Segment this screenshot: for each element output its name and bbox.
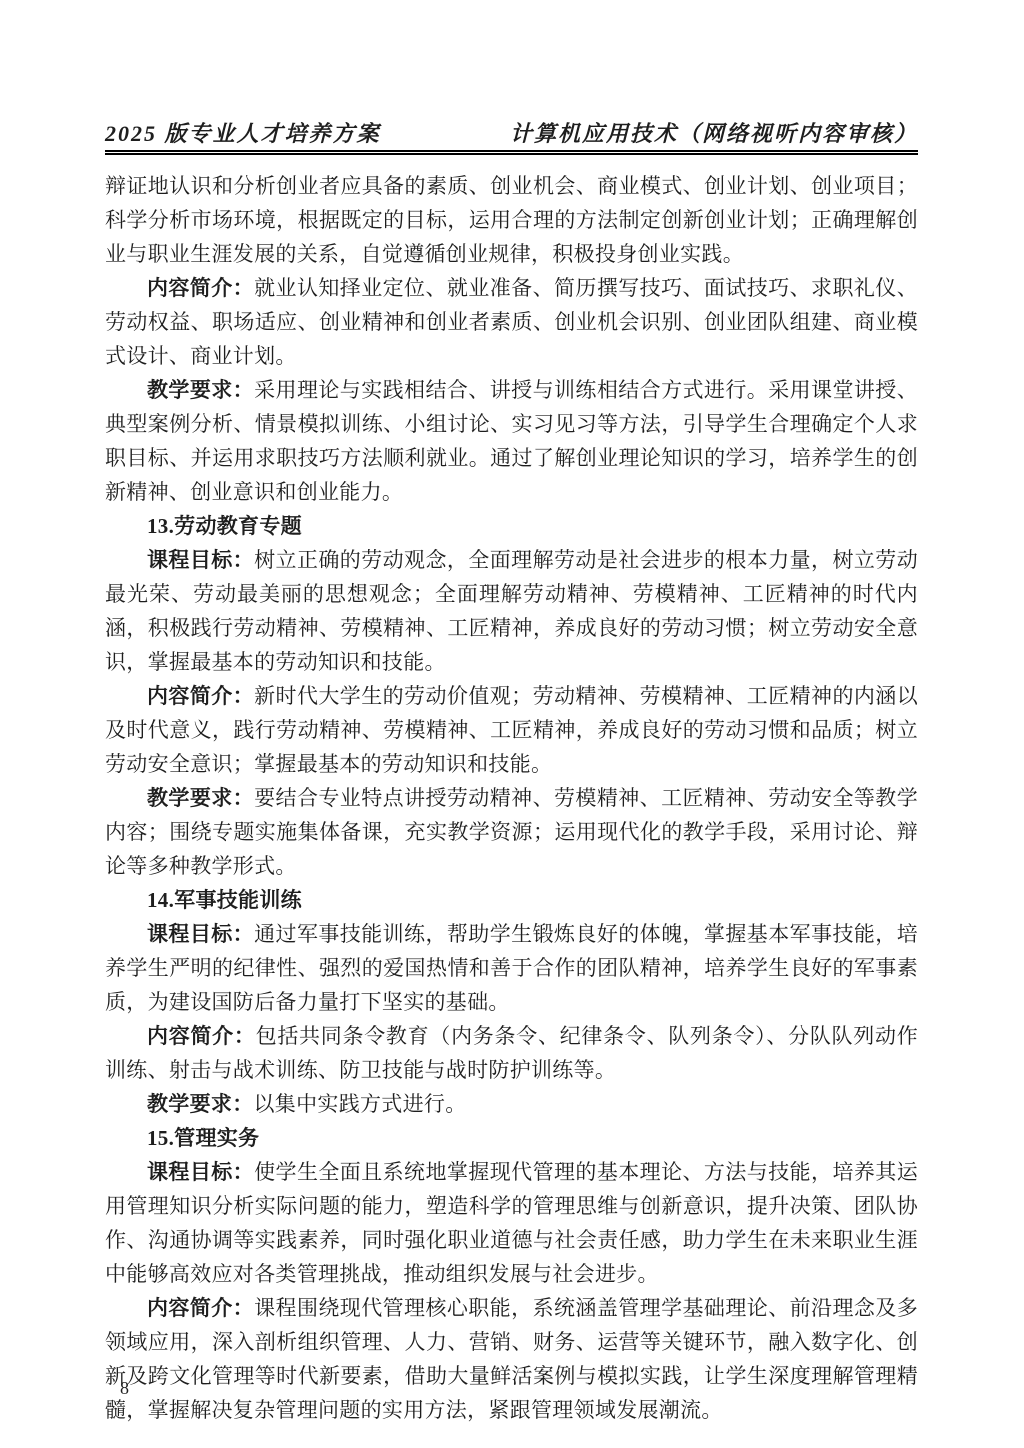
header-right-title: 计算机应用技术（网络视听内容审核） — [510, 121, 918, 147]
paragraph: 内容简介：新时代大学生的劳动价值观；劳动精神、劳模精神、工匠精神的内涵以及时代意… — [105, 679, 918, 781]
page-footer: 8 — [120, 1377, 129, 1399]
document-body: 辩证地认识和分析创业者应具备的素质、创业机会、商业模式、创业计划、创业项目；科学… — [105, 169, 918, 1427]
section-heading: 13.劳动教育专题 — [105, 509, 918, 543]
header-left-title: 2025 版专业人才培养方案 — [105, 121, 381, 147]
paragraph-label: 内容简介： — [147, 684, 254, 708]
paragraph-label: 内容简介： — [147, 1024, 256, 1048]
paragraph: 教学要求：采用理论与实践相结合、讲授与训练相结合方式进行。采用课堂讲授、典型案例… — [105, 373, 918, 509]
paragraph: 课程目标：通过军事技能训练，帮助学生锻炼良好的体魄，掌握基本军事技能，培养学生严… — [105, 917, 918, 1019]
document-page: 2025 版专业人才培养方案 计算机应用技术（网络视听内容审核） 辩证地认识和分… — [0, 0, 1024, 1448]
page-number: 8 — [120, 1378, 129, 1398]
paragraph: 课程目标：使学生全面且系统地掌握现代管理的基本理论、方法与技能，培养其运用管理知… — [105, 1155, 918, 1291]
paragraph: 教学要求：以集中实践方式进行。 — [105, 1087, 918, 1121]
paragraph: 内容简介：就业认知择业定位、就业准备、简历撰写技巧、面试技巧、求职礼仪、劳动权益… — [105, 271, 918, 373]
paragraph-label: 课程目标： — [147, 1160, 254, 1184]
section-heading: 15.管理实务 — [105, 1121, 918, 1155]
paragraph-label: 课程目标： — [147, 548, 254, 572]
paragraph: 辩证地认识和分析创业者应具备的素质、创业机会、商业模式、创业计划、创业项目；科学… — [105, 169, 918, 271]
paragraph-label: 教学要求： — [147, 786, 254, 810]
page-header: 2025 版专业人才培养方案 计算机应用技术（网络视听内容审核） — [105, 121, 918, 155]
paragraph-label: 内容简介： — [147, 276, 254, 300]
paragraph-label: 内容简介： — [147, 1296, 254, 1320]
paragraph-label: 教学要求： — [147, 1092, 254, 1116]
paragraph-label: 课程目标： — [147, 922, 254, 946]
header-double-rule — [105, 150, 918, 155]
paragraph: 内容简介：课程围绕现代管理核心职能，系统涵盖管理学基础理论、前沿理念及多领域应用… — [105, 1291, 918, 1427]
paragraph: 教学要求：要结合专业特点讲授劳动精神、劳模精神、工匠精神、劳动安全等教学内容；围… — [105, 781, 918, 883]
header-row: 2025 版专业人才培养方案 计算机应用技术（网络视听内容审核） — [105, 121, 918, 147]
paragraph: 课程目标：树立正确的劳动观念，全面理解劳动是社会进步的根本力量，树立劳动最光荣、… — [105, 543, 918, 679]
paragraph-label: 教学要求： — [147, 378, 254, 402]
section-heading: 14.军事技能训练 — [105, 883, 918, 917]
paragraph: 内容简介：包括共同条令教育（内务条令、纪律条令、队列条令）、分队队列动作训练、射… — [105, 1019, 918, 1087]
